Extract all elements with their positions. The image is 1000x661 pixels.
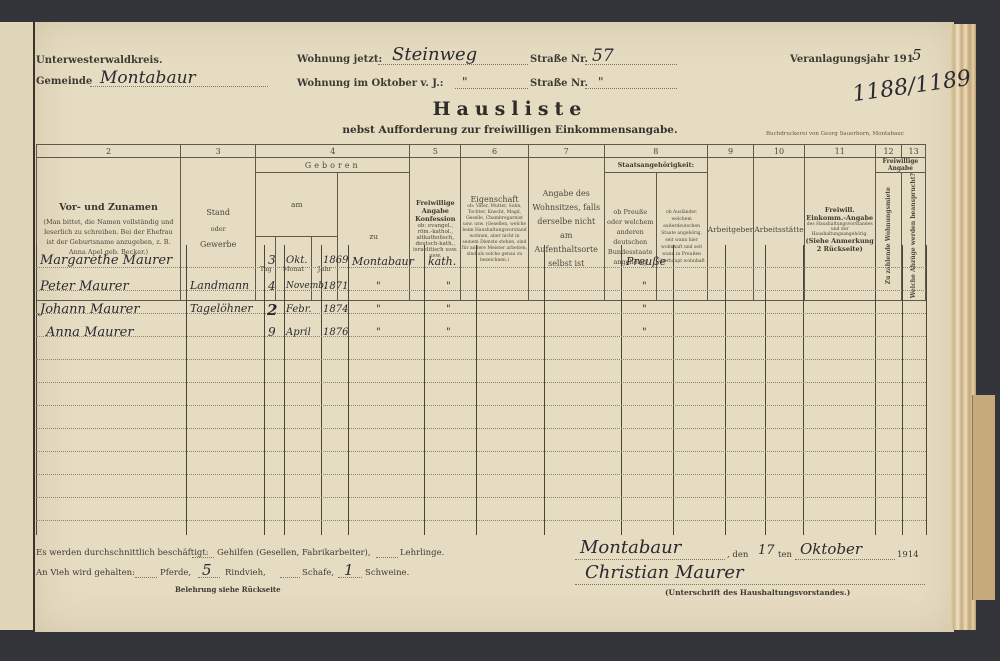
row2-name: Peter Maurer: [40, 279, 129, 294]
rindvieh-value: 5: [202, 561, 212, 579]
row-line: [36, 474, 926, 475]
household-table-body: Margarethe Maurer 3 Okt. 1869 Montabaur …: [36, 245, 926, 535]
col-num-6: 6: [461, 145, 528, 158]
gemeinde-label: Gemeinde: [36, 76, 92, 87]
col-divider: [186, 245, 187, 535]
wohnung-oktober-label: Wohnung im Oktober v. J.:: [297, 78, 443, 89]
col-divider: [902, 245, 903, 535]
col4-am: am: [256, 173, 338, 237]
date-den: , den: [727, 550, 748, 560]
veranlagungsjahr-value: 5: [912, 46, 922, 64]
row1-konfession: kath.: [428, 255, 456, 268]
strasse-nr-value: 57: [592, 46, 614, 66]
row3-name: Johann Maurer: [40, 302, 140, 317]
row2-staat: ": [642, 281, 647, 292]
col-divider: [544, 245, 545, 535]
schweine-value: 1: [344, 561, 354, 579]
col3-line2: oder: [181, 221, 255, 237]
row4-tag: 9: [268, 325, 276, 339]
printer-credit: Buchdruckerei von Georg Sauerborn, Monta…: [766, 131, 905, 137]
row2-tag: 4: [268, 279, 276, 293]
row3-tag: 2: [267, 301, 277, 319]
row3-ort: ": [376, 304, 381, 315]
schafe-line: [280, 577, 300, 578]
date-month: Oktober: [800, 540, 862, 558]
lehrlinge-label: Lehrlinge.: [400, 548, 444, 558]
veranlagungsjahr-label: Veranlagungsjahr 191: [790, 54, 914, 65]
date-year: 1914: [897, 550, 919, 560]
belehrung-note: Belehrung siehe Rückseite: [175, 585, 281, 594]
col2-title: Vor- und Zunamen: [37, 202, 180, 213]
col-divider: [264, 245, 265, 535]
col5-title: Freiwillige Angabe Konfession: [410, 199, 460, 223]
row-line: [36, 313, 926, 314]
page-tab: [972, 395, 995, 600]
row1-name: Margarethe Maurer: [40, 253, 172, 268]
row4-name: Anna Maurer: [46, 325, 134, 340]
col-divider: [765, 245, 766, 535]
gemeinde-value: Montabaur: [100, 68, 196, 88]
row4-konfession: ": [446, 327, 451, 338]
col-divider: [725, 245, 726, 535]
col3-line1: Stand: [181, 205, 255, 221]
col-num-4: 4: [256, 145, 410, 158]
col-divider: [926, 245, 927, 535]
signature-caption: (Unterschrift des Haushaltungsvorstandes…: [665, 588, 850, 597]
col-num-11: 11: [804, 145, 875, 158]
place-line: [575, 559, 725, 560]
pferde-label: Pferde,: [160, 568, 191, 578]
row-line: [36, 405, 926, 406]
row1-monat: Okt.: [286, 255, 307, 266]
month-line: [795, 559, 895, 560]
col11-title: Freiwill. Einkomm.-Angabe: [805, 206, 875, 222]
col-num-3: 3: [180, 145, 255, 158]
row3-konfession: ": [446, 304, 451, 315]
col-divider: [673, 245, 674, 535]
beschaeftigt-label: Es werden durchschnittlich beschäftigt:: [36, 548, 209, 558]
schafe-label: Schafe,: [302, 568, 334, 578]
row4-staat: ": [642, 327, 647, 338]
col-num-12: 12: [875, 145, 902, 158]
row2-monat: Novemb.: [286, 281, 327, 291]
col-divider: [621, 245, 622, 535]
row-line: [36, 520, 926, 521]
row3-staat: ": [642, 304, 647, 315]
row3-monat: Febr.: [286, 304, 312, 315]
wohnung-jetzt-label: Wohnung jetzt:: [297, 54, 382, 65]
row4-jahr: 1876: [323, 327, 348, 338]
row-line: [36, 497, 926, 498]
place-value: Montabaur: [580, 537, 681, 558]
col-num-10: 10: [754, 145, 804, 158]
col6-title: Eigenschaft: [461, 195, 527, 204]
col-divider: [36, 245, 37, 535]
col11-note: des Haushaltungsvorstandes und der Haush…: [805, 222, 875, 237]
date-ten: ten: [778, 550, 792, 560]
row3-stand: Tagelöhner: [190, 302, 253, 315]
row3-jahr: 1874: [323, 304, 348, 315]
strasse-nr2-label: Straße Nr.: [530, 78, 588, 89]
col-divider: [284, 245, 285, 535]
col-num-2: 2: [37, 145, 181, 158]
row-line: [36, 359, 926, 360]
col-divider: [875, 245, 876, 535]
row4-monat: April: [286, 327, 311, 338]
gehilfen-label: Gehilfen (Gesellen, Fabrikarbeiter),: [217, 548, 371, 558]
row1-jahr: 1869: [323, 255, 348, 266]
row4-ort: ": [376, 327, 381, 338]
row-line: [36, 290, 926, 291]
rindvieh-label: Rindvieh,: [225, 568, 266, 578]
row-line: [36, 451, 926, 452]
wohnung-oktober-value: ": [462, 75, 468, 89]
strasse-nr-label: Straße Nr.: [530, 54, 588, 65]
col-divider: [803, 245, 804, 535]
row-line: [36, 336, 926, 337]
col-divider: [476, 245, 477, 535]
col-num-9: 9: [707, 145, 754, 158]
row-line: [36, 382, 926, 383]
col4-title: Geboren: [256, 158, 410, 173]
signature-line: [575, 584, 925, 585]
col-num-8: 8: [604, 145, 707, 158]
gehilfen-line: [192, 557, 214, 558]
kreis-label: Unterwesterwaldkreis.: [36, 55, 162, 66]
col-num-5: 5: [410, 145, 461, 158]
lehrlinge-line: [376, 557, 398, 558]
row1-tag: 3: [268, 253, 276, 267]
row2-stand: Landmann: [190, 279, 249, 292]
page-subtitle: nebst Aufforderung zur freiwilligen Eink…: [280, 124, 740, 136]
strasse-nr2-value: ": [598, 75, 604, 89]
left-page-edge: [0, 22, 35, 630]
row2-ort: ": [376, 281, 381, 292]
spine-line: [33, 22, 35, 632]
col-num-7: 7: [528, 145, 604, 158]
page-title: Hausliste: [300, 98, 720, 120]
row-line: [36, 428, 926, 429]
date-day: 17: [758, 543, 775, 558]
schweine-label: Schweine.: [365, 568, 409, 578]
col8-title: Staatsangehörigkeit:: [604, 158, 707, 173]
col-divider: [424, 245, 425, 535]
row2-jahr: 1871: [323, 281, 348, 292]
col-num-13: 13: [902, 145, 926, 158]
row1-ort: Montabaur: [352, 255, 414, 268]
vieh-label: An Vieh wird gehalten:: [36, 568, 135, 578]
col1213-title: Freiwillige Angabe: [875, 158, 925, 173]
row1-staat: Preuße: [626, 255, 666, 268]
signature-value: Christian Maurer: [585, 562, 744, 583]
pferde-line: [135, 577, 157, 578]
wohnung-jetzt-value: Steinweg: [392, 44, 477, 65]
row2-konfession: ": [446, 281, 451, 292]
